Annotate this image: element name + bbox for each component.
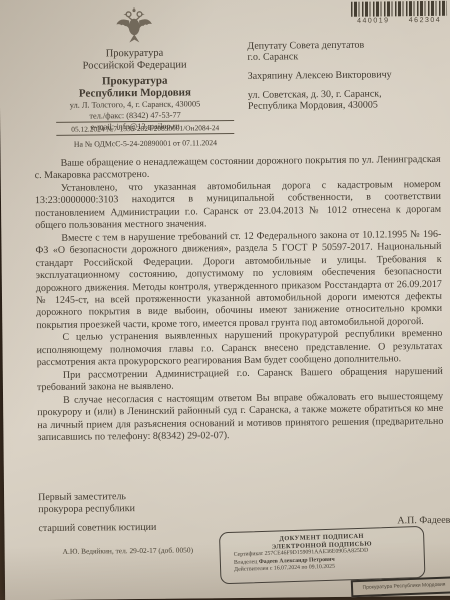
stamp-owner-label: Владелец [234, 559, 258, 566]
outgoing-number-line: 05.12.2024 №7-1335-2024/20890001/Он2084-… [56, 120, 234, 136]
barcode-number-right: 462304 [409, 17, 441, 24]
paragraph: С целью устранения выявленных нарушений … [36, 328, 442, 370]
executor-contact: А.Ю. Ведяйкин, тел. 29-02-17 (доб. 0050) [63, 545, 193, 555]
incoming-reference-line: На № ОДМсС-5-24-20890001 от 07.11.2024 [56, 135, 234, 149]
registration-corner-label: Прокуратура Республики Мордовия [351, 576, 450, 597]
recipient-address-line2: Республика Мордовия, 430005 [248, 99, 438, 112]
photo-background: { "barcode": { "left": "440019", "right"… [0, 0, 450, 600]
barcode: 440019 462304 [351, 1, 447, 25]
barcode-icon [351, 1, 447, 17]
recipient-block: Депутату Совета депутатов г.о. Саранск З… [247, 39, 438, 112]
letterhead: Прокуратура Российской Федерации Прокура… [24, 5, 245, 133]
paragraph: Вместе с тем в нарушение требований ст. … [35, 229, 442, 333]
coat-of-arms-eagle-icon [112, 6, 156, 46]
signer-rank: старший советник юстиции [38, 522, 156, 534]
org-name-line2: Республики Мордовия [25, 86, 245, 100]
org-name-rf-line2: Российской Федерации [25, 58, 245, 72]
barcode-number-left: 440019 [357, 17, 389, 24]
signer-name: А.П. Фадеев [397, 515, 450, 527]
paragraph: В случае несогласия с настоящим ответом … [37, 390, 443, 444]
paragraph: Установлено, что указанная автомобильная… [35, 179, 441, 233]
electronic-signature-stamp: ДОКУМЕНТ ПОДПИСАН ЭЛЕКТРОННОЙ ПОДПИСЬЮ С… [219, 526, 426, 584]
document-page: 440019 462304 Прокуратура Российск [0, 0, 450, 600]
letter-body: Ваше обращение о ненадлежащем состоянии … [35, 154, 444, 445]
signer-position-line1: Первый заместитель [38, 491, 135, 504]
signer-position: Первый заместитель прокурора республики [38, 491, 135, 515]
signer-position-line2: прокурора республики [38, 503, 135, 516]
